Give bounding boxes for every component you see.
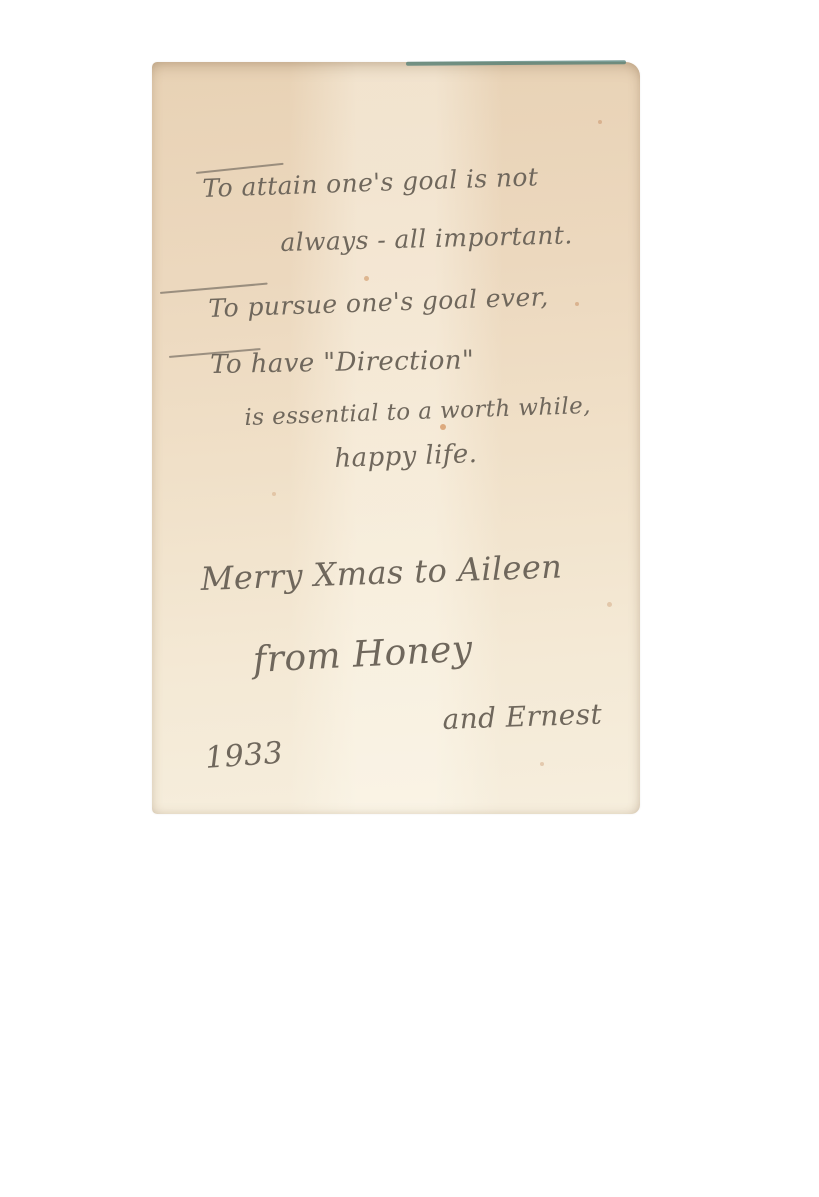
book-cover-edge-strip	[406, 60, 626, 66]
foxing-spot	[540, 762, 544, 766]
foxing-spot	[607, 602, 612, 607]
foxing-spot	[575, 302, 579, 306]
photo-background: To attain one's goal is not always - all…	[0, 0, 819, 1197]
inscription-signature-line-1: from Honey	[252, 629, 474, 681]
inscription-signature-line-2: and Ernest	[442, 697, 603, 736]
inscription-line-2: always - all important.	[280, 220, 573, 257]
foxing-spot	[364, 276, 369, 281]
inscription-line-5: is essential to a worth while,	[244, 393, 591, 431]
inscription-greeting-line: Merry Xmas to Aileen	[200, 547, 563, 598]
inscription-line-1: To attain one's goal is not	[202, 162, 539, 203]
inscription-year: 1933	[204, 736, 284, 776]
inscription-line-6: happy life.	[334, 439, 478, 474]
foxing-spot	[440, 424, 446, 430]
inscription-line-4: To have "Direction"	[210, 345, 475, 380]
foxing-spot	[272, 492, 276, 496]
inscription-line-3: To pursue one's goal ever,	[208, 282, 549, 323]
book-page: To attain one's goal is not always - all…	[152, 62, 640, 814]
foxing-spot	[598, 120, 602, 124]
